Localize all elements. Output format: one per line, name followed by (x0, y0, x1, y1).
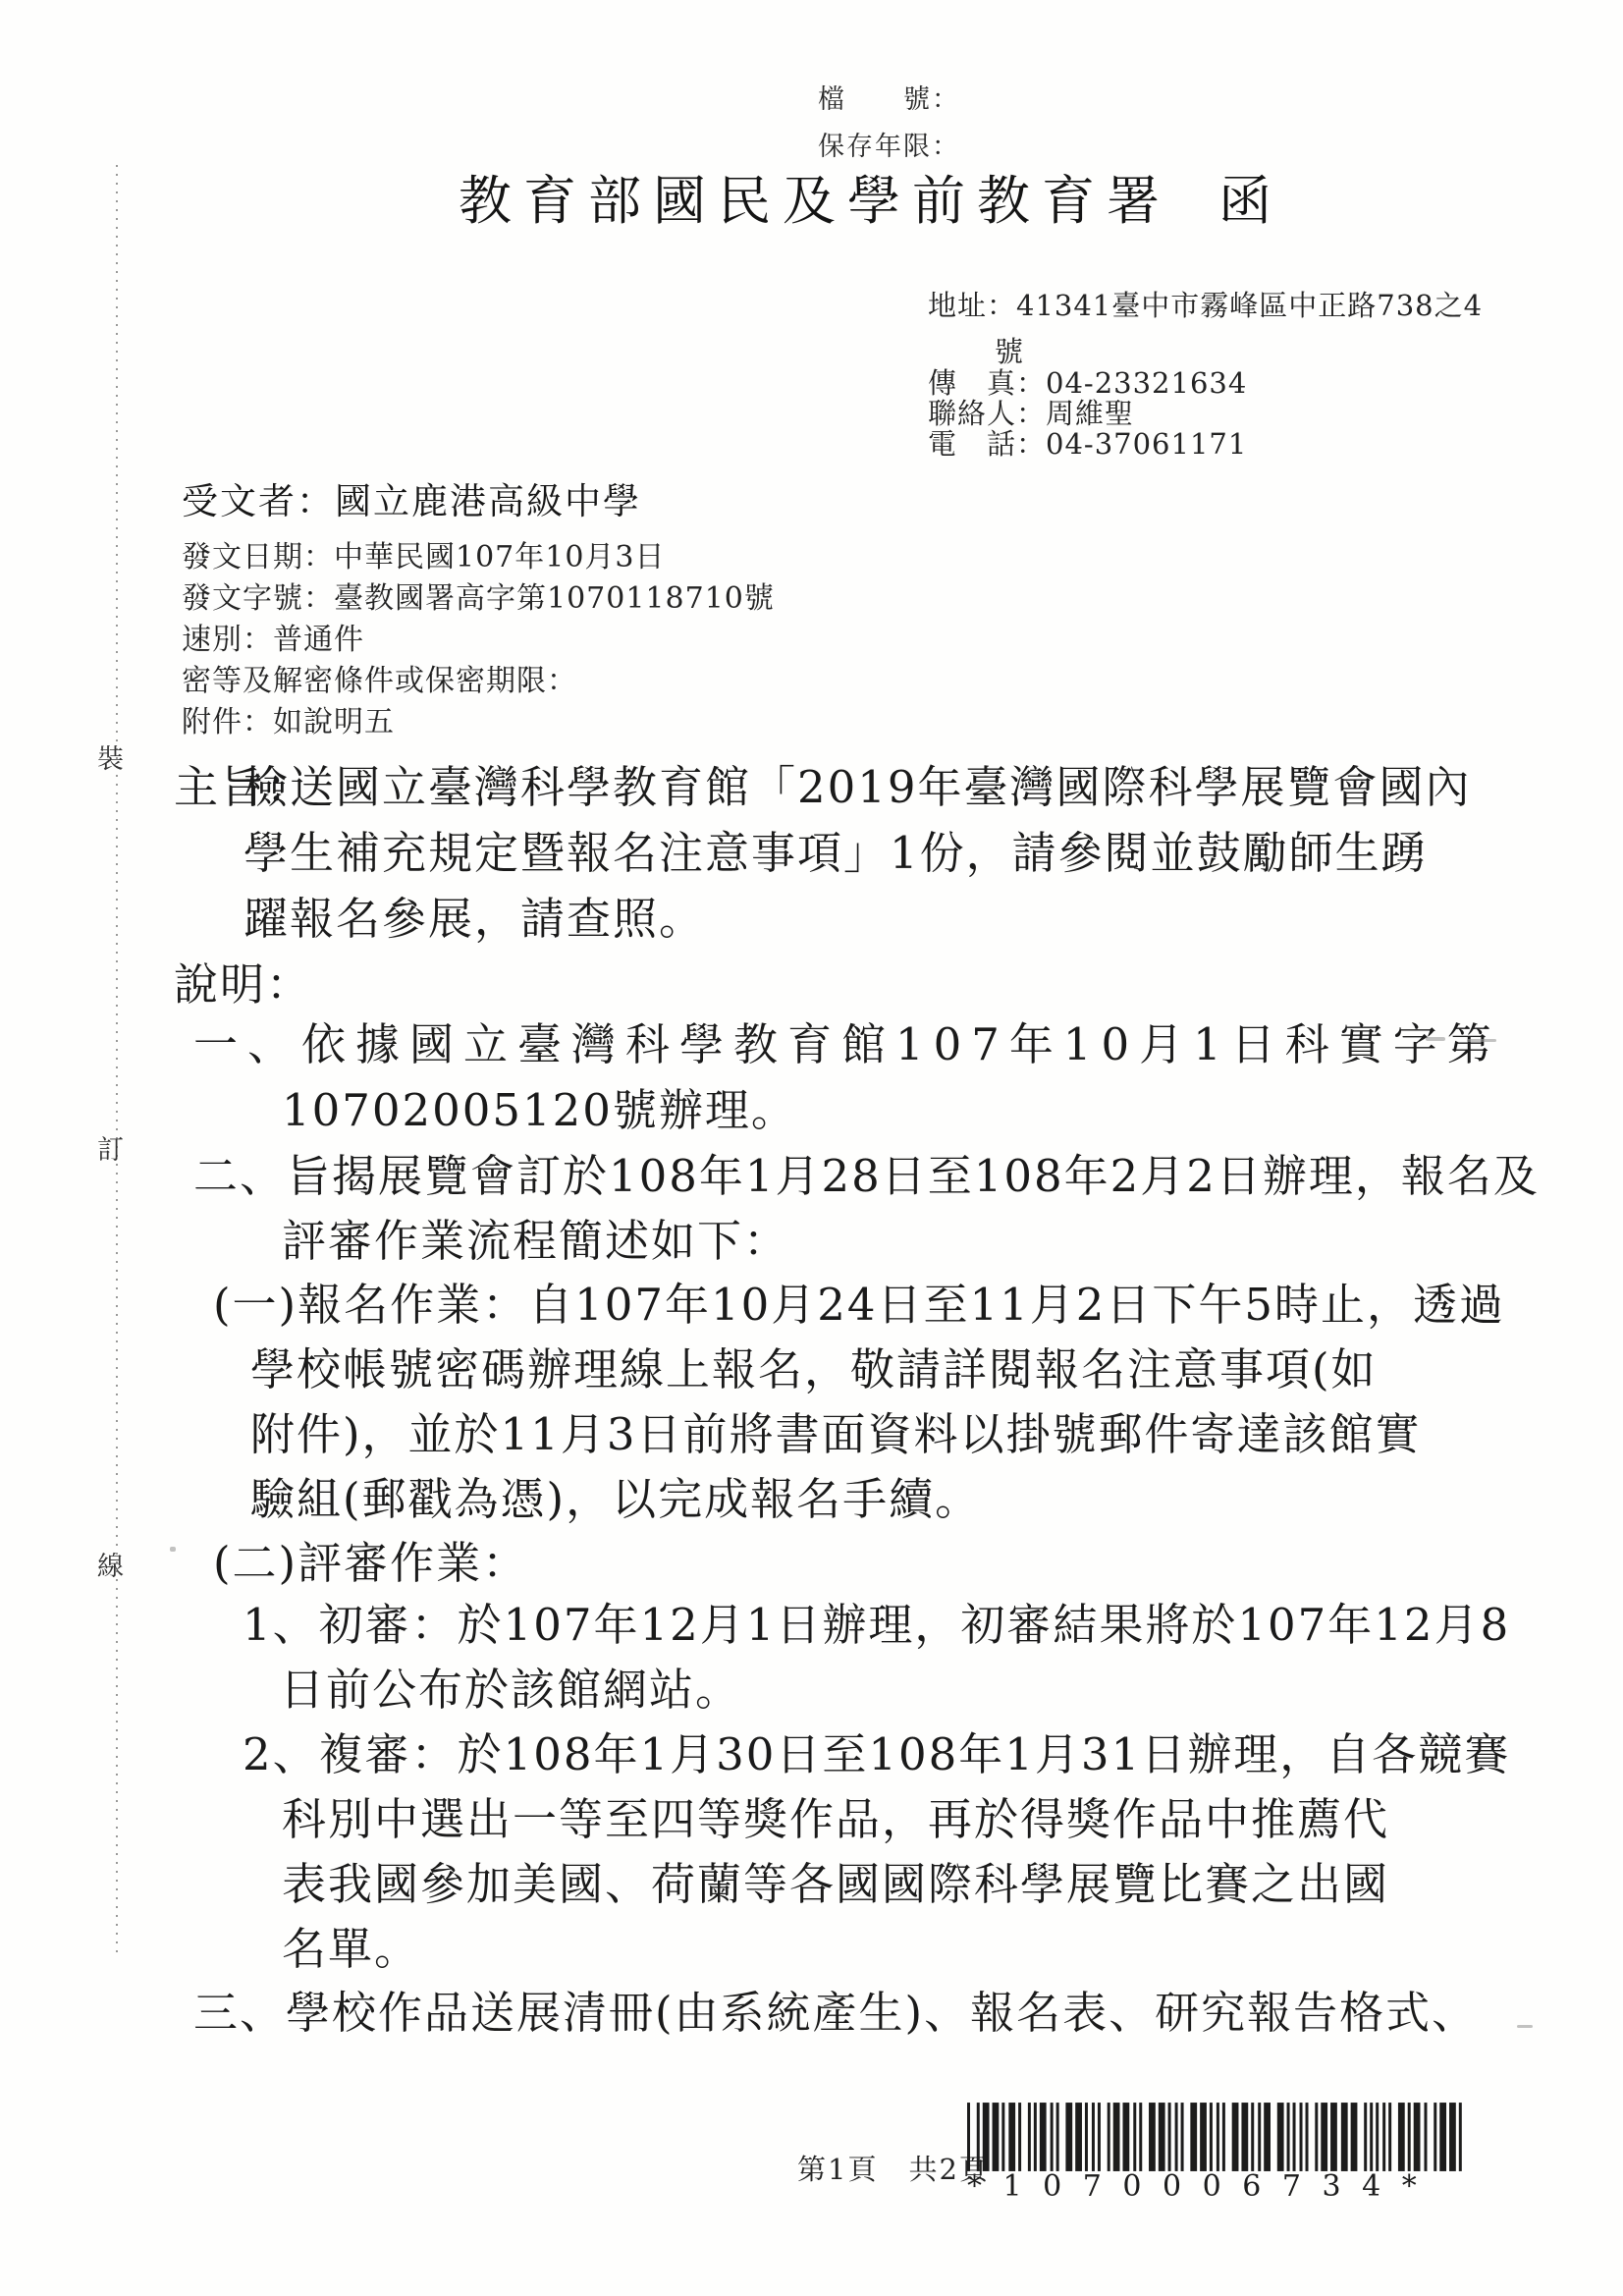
explanation-line: 學校帳號密碼辦理線上報名，敬請詳閱報名注意事項(如 (250, 1347, 1378, 1392)
binding-label-xian: 線 (97, 1554, 124, 1580)
explanation-line: (一)報名作業：自107年10月24日至11月2日下午5時止，透過 (213, 1283, 1505, 1327)
explanation-line: 10702005120號辦理。 (282, 1088, 797, 1132)
scan-artifact (1426, 1037, 1445, 1041)
binding-label-ding: 訂 (97, 1137, 124, 1164)
barcode-bars (967, 2103, 1466, 2173)
barcode-human-readable: * 1 0 7 0 0 0 6 7 3 4 * (967, 2172, 1423, 2202)
sender-address-line2: 號 (995, 338, 1024, 366)
secrecy-line: 密等及解密條件或保密期限： (182, 667, 577, 696)
explanation-line: 2、複審：於108年1月30日至108年1月31日辦理，自各競賽 (243, 1732, 1510, 1777)
explanation-line: 1、初審：於107年12月1日辦理，初審結果將於107年12月8 (243, 1603, 1510, 1647)
retention-period-label: 保存年限： (818, 134, 960, 160)
explanation-label: 說明： (174, 962, 312, 1007)
agency-name: 教育部國民及學前教育署 (459, 170, 1171, 232)
explanation-line: 三、學校作品送展清冊(由系統產生)、報名表、研究報告格式、 (193, 1991, 1478, 2035)
barcode (967, 2103, 1466, 2173)
page-number-info: 第1頁 共2頁 (797, 2156, 990, 2184)
explanation-line: (二)評審作業： (213, 1541, 528, 1585)
issue-date-line: 發文日期：中華民國107年10月3日 (182, 543, 666, 573)
doc-number-line: 發文字號：臺教國署高字第1070118710號 (182, 584, 775, 614)
document-page: 裝 訂 線 檔 號： 保存年限： 教育部國民及學前教育署函 地址：41341臺中… (0, 0, 1623, 2296)
sender-phone: 電 話：04-37061171 (928, 430, 1247, 459)
file-number-label: 檔 號： (818, 86, 960, 113)
sender-fax: 傳 真：04-23321634 (928, 369, 1247, 398)
sender-contact-person: 聯絡人：周維聖 (928, 400, 1134, 428)
explanation-line: 名單。 (282, 1927, 420, 1971)
subject-line: 檢送國立臺灣科學教育館「2019年臺灣國際科學展覽會國內 (243, 765, 1472, 809)
explanation-line: 一、依據國立臺灣科學教育館107年10月1日科實字第 (193, 1022, 1501, 1066)
explanation-line: 日前公布於該館網站。 (280, 1667, 741, 1712)
subject-line: 學生補充規定暨報名注意事項」1份，請參閱並鼓勵師生踴 (243, 831, 1428, 875)
explanation-line: 表我國參加美國、荷蘭等各國國際科學展覽比賽之出國 (282, 1862, 1389, 1906)
scan-artifact (1517, 2025, 1533, 2028)
explanation-line: 附件)，並於11月3日前將書面資料以掛號郵件寄達該館實 (250, 1412, 1421, 1456)
scan-artifact (170, 1547, 176, 1552)
speed-line: 速別：普通件 (182, 626, 364, 655)
recipient-line: 受文者：國立鹿港高級中學 (182, 483, 641, 519)
explanation-line: 二、旨揭展覽會訂於108年1月28日至108年2月2日辦理，報名及 (193, 1154, 1540, 1198)
binding-dotted-line (116, 165, 118, 1954)
binding-label-zhuang: 裝 (97, 746, 124, 773)
scan-artifact (1467, 1039, 1496, 1042)
subject-line: 躍報名參展，請查照。 (243, 897, 705, 941)
attachment-line: 附件：如說明五 (182, 708, 395, 738)
explanation-line: 驗組(郵戳為憑)，以完成報名手續。 (250, 1477, 981, 1521)
document-title: 教育部國民及學前教育署函 (459, 175, 1271, 228)
sender-address-line1: 地址：41341臺中市霧峰區中正路738之4 (928, 292, 1483, 320)
explanation-line: 科別中選出一等至四等獎作品，再於得獎作品中推薦代 (282, 1797, 1389, 1841)
explanation-line: 評審作業流程簡述如下： (282, 1219, 789, 1263)
doc-type-letter: 函 (1218, 170, 1271, 232)
